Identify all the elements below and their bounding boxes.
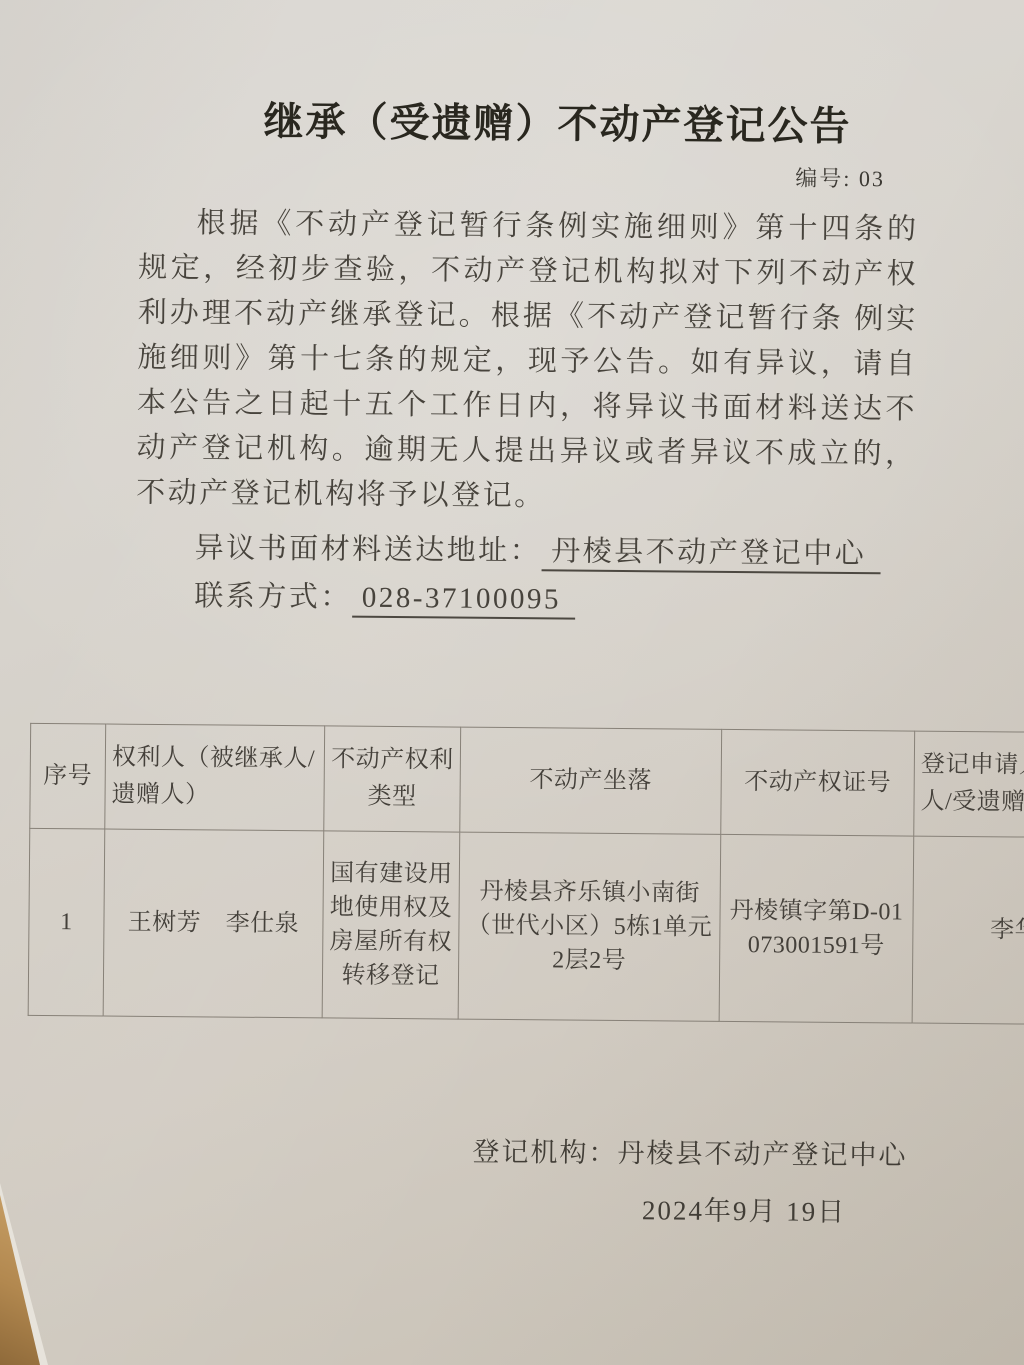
doc-number: 编号: 03	[0, 155, 1023, 195]
header-right-holder: 权利人（被继承人/遗赠人）	[105, 724, 325, 831]
cell-right-type: 国有建设用地使用权及房屋所有权转移登记	[322, 831, 460, 1019]
contact-line: 联系方式：028-37100095	[194, 572, 1019, 627]
photographed-document: { "page": { "title": "继承（受遗赠）不动产登记公告", "…	[0, 0, 1024, 1365]
header-right-type: 不动产权利类型	[324, 726, 461, 832]
header-location: 不动产坐落	[460, 727, 722, 834]
header-applicant: 登记申请人（继承人/受遗赠人）	[914, 731, 1024, 838]
header-seq: 序号	[30, 723, 106, 829]
header-cert-no: 不动产权证号	[721, 729, 915, 836]
footer-date-line: 2024年9月 19日	[642, 1188, 1014, 1230]
contact-label: 联系方式：	[194, 580, 352, 613]
address-line: 异议书面材料送达地址：丹棱县不动产登记中心	[195, 524, 1020, 579]
address-value: 丹棱县不动产登记中心	[541, 535, 880, 574]
address-label: 异议书面材料送达地址：	[195, 532, 542, 567]
paper-sheet: 继承（受遗赠）不动产登记公告 编号: 03 根据《不动产登记暂行条例实施细则》第…	[0, 0, 1024, 1365]
page-title: 继承（受遗赠）不动产登记公告	[45, 88, 1024, 154]
notice-body-paragraph: 根据《不动产登记暂行条例实施细则》第十四条的规定，经初步查验，不动产登记机构拟对…	[136, 201, 919, 523]
table-header-row: 序号 权利人（被继承人/遗赠人） 不动产权利类型 不动产坐落 不动产权证号 登记…	[30, 723, 1024, 838]
cell-right-holder: 王树芳 李仕泉	[103, 829, 324, 1018]
cell-cert-no: 丹棱镇字第D-01073001591号	[719, 834, 914, 1023]
cell-applicant: 李华兰	[912, 836, 1024, 1025]
cell-location: 丹棱县齐乐镇小南街（世代小区）5栋1单元2层2号	[458, 832, 721, 1021]
cell-seq: 1	[28, 828, 105, 1016]
contact-value: 028-37100095	[352, 582, 575, 620]
footer-agency-line: 登记机构：丹棱县不动产登记中心	[472, 1130, 1014, 1174]
registry-table: 序号 权利人（被继承人/遗赠人） 不动产权利类型 不动产坐落 不动产权证号 登记…	[28, 723, 1024, 1026]
table-row: 1 王树芳 李仕泉 国有建设用地使用权及房屋所有权转移登记 丹棱县齐乐镇小南街（…	[28, 828, 1024, 1025]
